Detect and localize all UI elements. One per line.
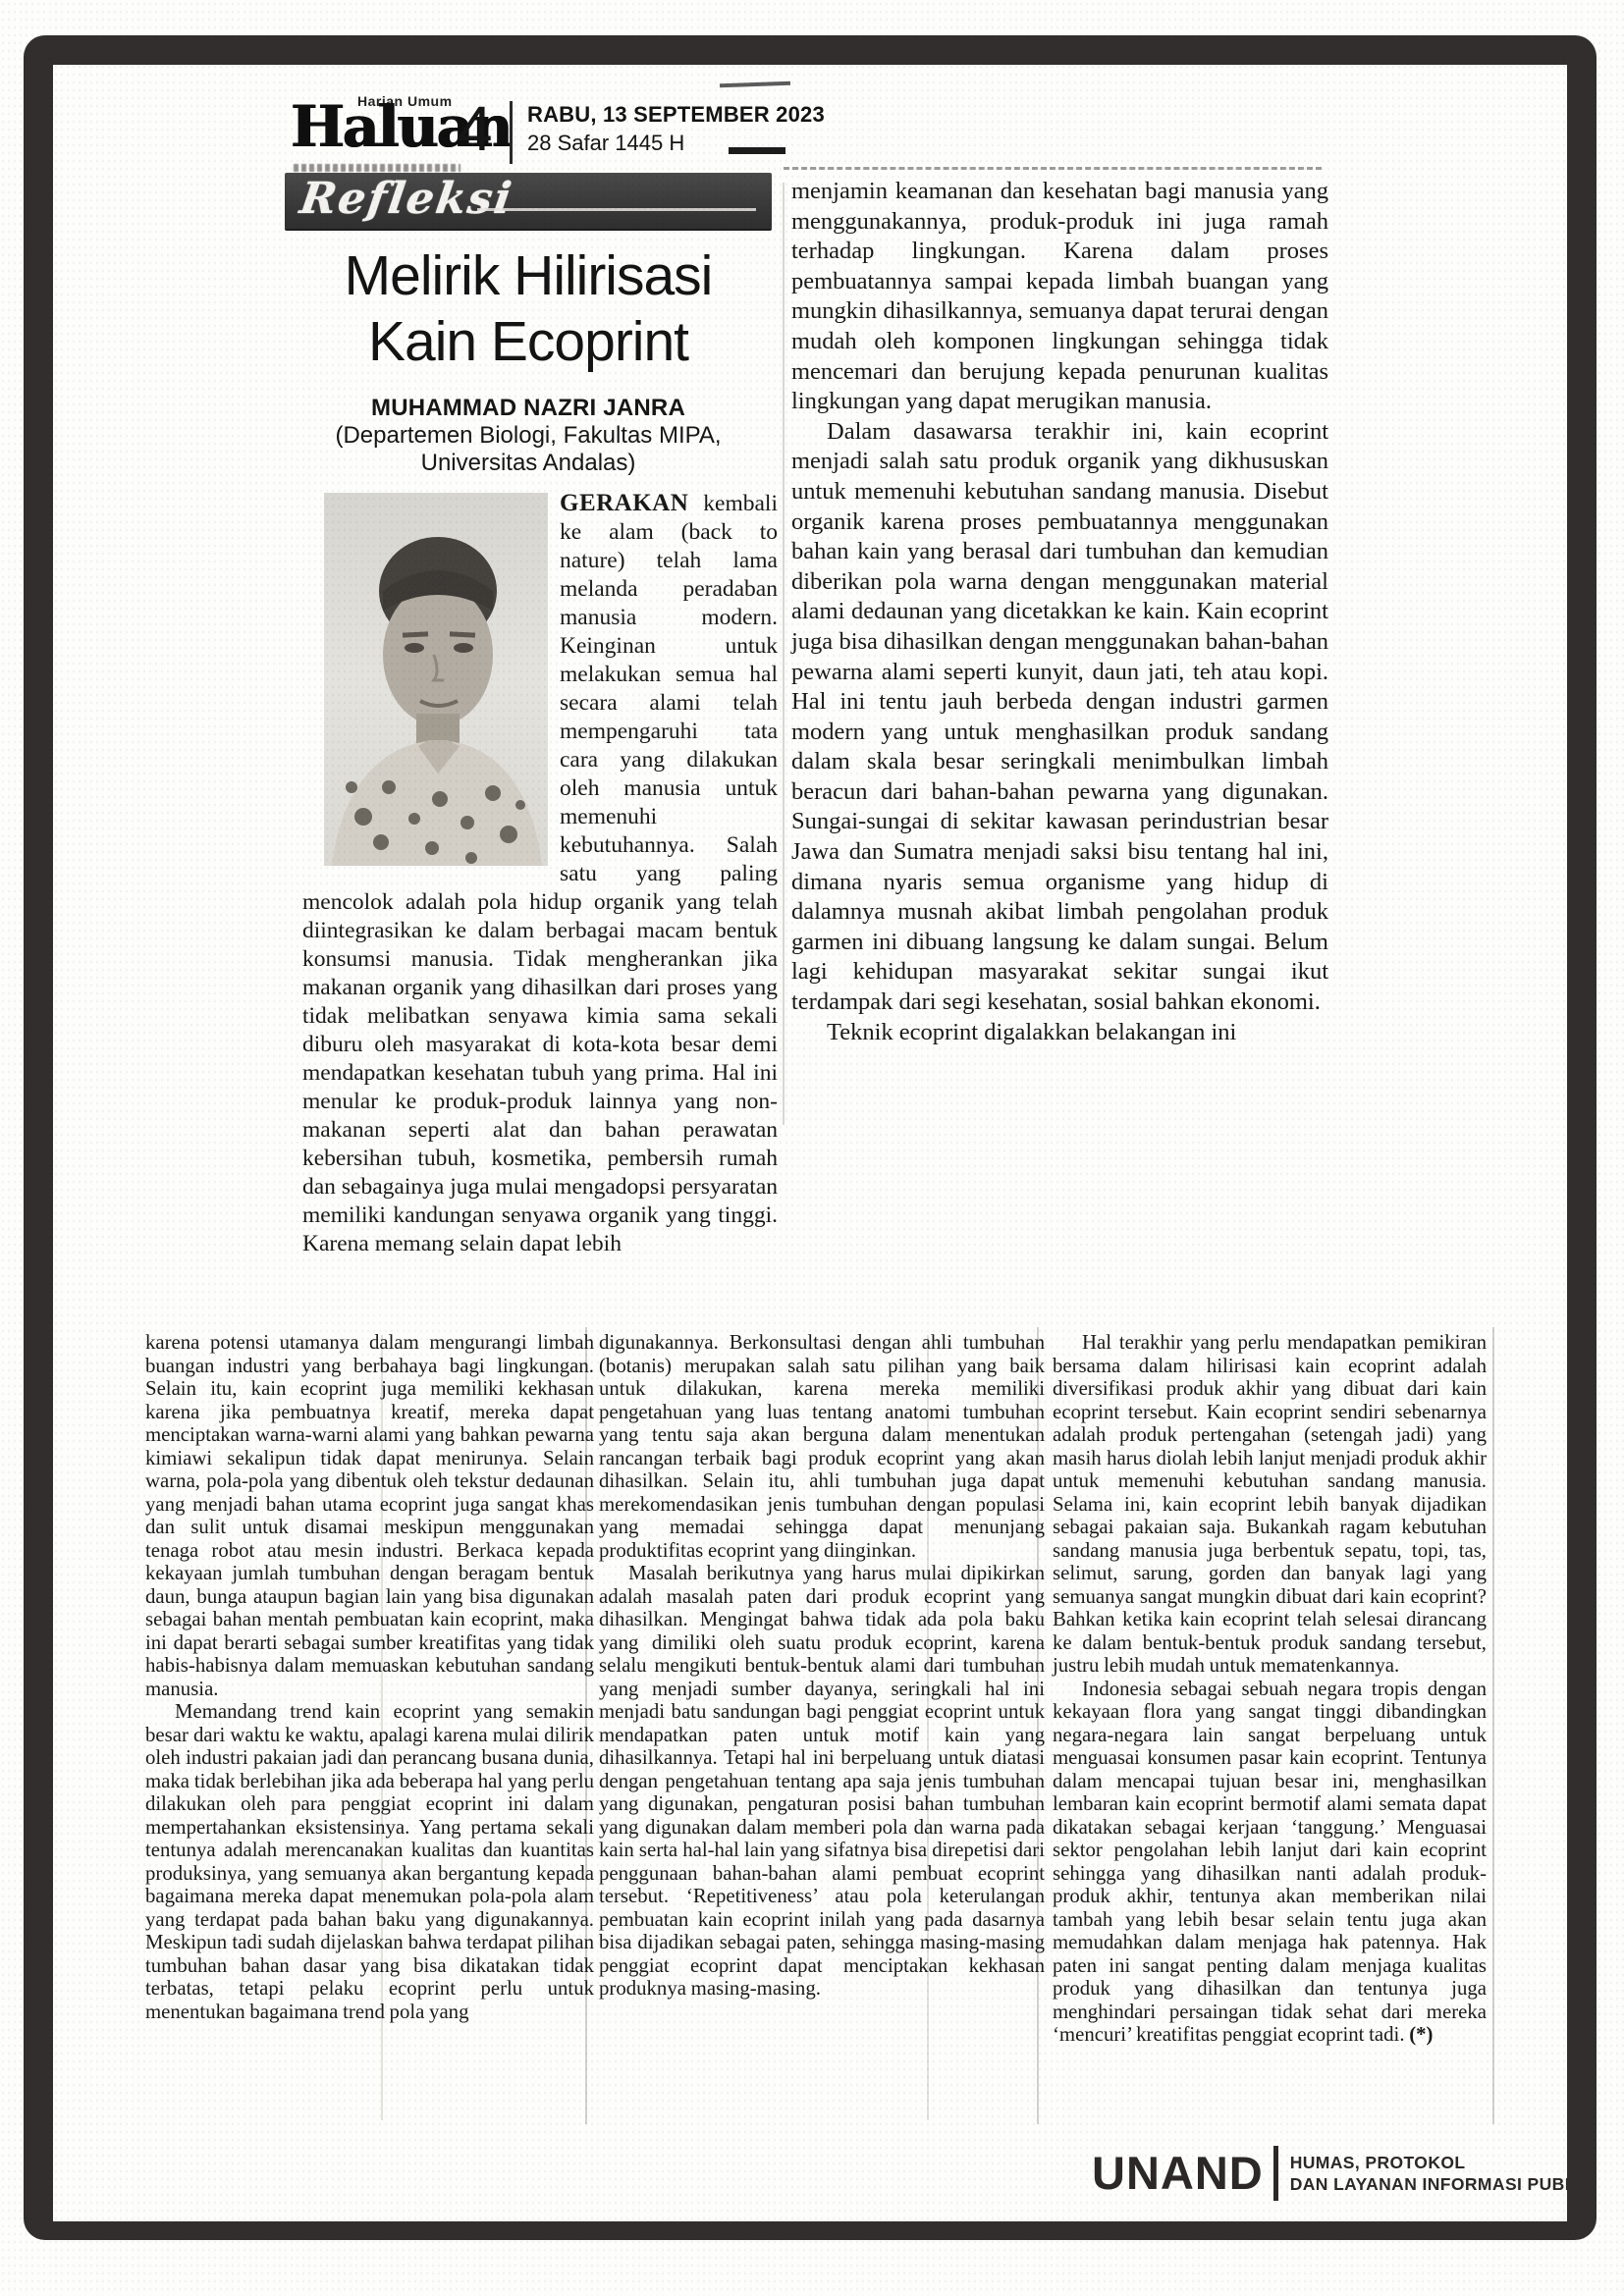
author-affiliation-line1: (Departemen Biologi, Fakultas MIPA, bbox=[273, 422, 784, 450]
rubric-title: Refleksi bbox=[297, 174, 515, 224]
masthead-tagline-smudge bbox=[294, 164, 460, 172]
paragraph: menjamin keamanan dan kesehatan bagi man… bbox=[791, 177, 1328, 417]
page-number: 4 bbox=[458, 94, 493, 163]
bottom-column-3: Hal terakhir yang perlu mendapatkan pemi… bbox=[1053, 1331, 1487, 2047]
paragraph: Masalah berikutnya yang harus mulai dipi… bbox=[599, 1562, 1045, 2001]
footer-line1: HUMAS, PROTOKOL bbox=[1290, 2152, 1594, 2173]
byline-block: MUHAMMAD NAZRI JANRA (Departemen Biologi… bbox=[273, 395, 784, 477]
article-title-line1: Melirik Hilirisasi bbox=[285, 243, 772, 309]
scan-mark bbox=[720, 81, 790, 88]
paragraph: Dalam dasawarsa terakhir ini, kain ecopr… bbox=[791, 417, 1328, 1018]
banner-rule bbox=[477, 208, 756, 211]
upper-right-column: menjamin keamanan dan kesehatan bagi man… bbox=[791, 177, 1328, 1047]
scan-mark bbox=[729, 147, 785, 154]
paragraph: Memandang trend kain ecoprint yang semak… bbox=[145, 1700, 594, 2023]
date-line: RABU, 13 SEPTEMBER 2023 bbox=[527, 102, 825, 128]
footer-divider-bar bbox=[1273, 2146, 1278, 2201]
footer-office-lines: HUMAS, PROTOKOL DAN LAYANAN INFORMASI PU… bbox=[1290, 2152, 1594, 2195]
author-photo bbox=[324, 493, 548, 866]
column-rule bbox=[1492, 1327, 1494, 2124]
paragraph: digunakannya. Berkonsultasi dengan ahli … bbox=[599, 1331, 1045, 1562]
intro-lead-word: GERAKAN bbox=[560, 490, 688, 516]
paragraph: Teknik ecoprint digalakkan belakangan in… bbox=[791, 1018, 1328, 1048]
newspaper-clipping-page: Harian Umum Haluan 4 RABU, 13 SEPTEMBER … bbox=[0, 0, 1624, 2296]
paragraph: Indonesia sebagai sebuah negara tropis d… bbox=[1053, 1678, 1487, 2047]
intro-paragraph: GERAKAN kembali ke alam (back to nature)… bbox=[302, 489, 778, 1258]
column-rule bbox=[783, 183, 785, 1125]
unand-logo: UNAND bbox=[1092, 2149, 1264, 2198]
footer-credit: UNAND HUMAS, PROTOKOL DAN LAYANAN INFORM… bbox=[1092, 2146, 1594, 2201]
author-name: MUHAMMAD NAZRI JANRA bbox=[273, 395, 784, 422]
bottom-column-1: karena potensi utamanya dalam mengurangi… bbox=[145, 1331, 594, 2023]
rubric-banner: Refleksi bbox=[285, 173, 772, 229]
footer-line2: DAN LAYANAN INFORMASI PUBLIK bbox=[1290, 2173, 1594, 2195]
article-title: Melirik Hilirisasi Kain Ecoprint bbox=[285, 243, 772, 375]
scan-rule-dashes bbox=[784, 167, 1322, 170]
paragraph-text: Indonesia sebagai sebuah negara tropis d… bbox=[1053, 1678, 1487, 2047]
article-title-line2: Kain Ecoprint bbox=[285, 309, 772, 375]
article-end-mark: (*) bbox=[1409, 2023, 1433, 2046]
masthead-divider bbox=[510, 101, 513, 164]
paragraph: karena potensi utamanya dalam mengurangi… bbox=[145, 1331, 594, 1700]
paragraph: Hal terakhir yang perlu mendapatkan pemi… bbox=[1053, 1331, 1487, 1678]
bottom-column-2: digunakannya. Berkonsultasi dengan ahli … bbox=[599, 1331, 1045, 2001]
author-affiliation-line2: Universitas Andalas) bbox=[273, 450, 784, 477]
